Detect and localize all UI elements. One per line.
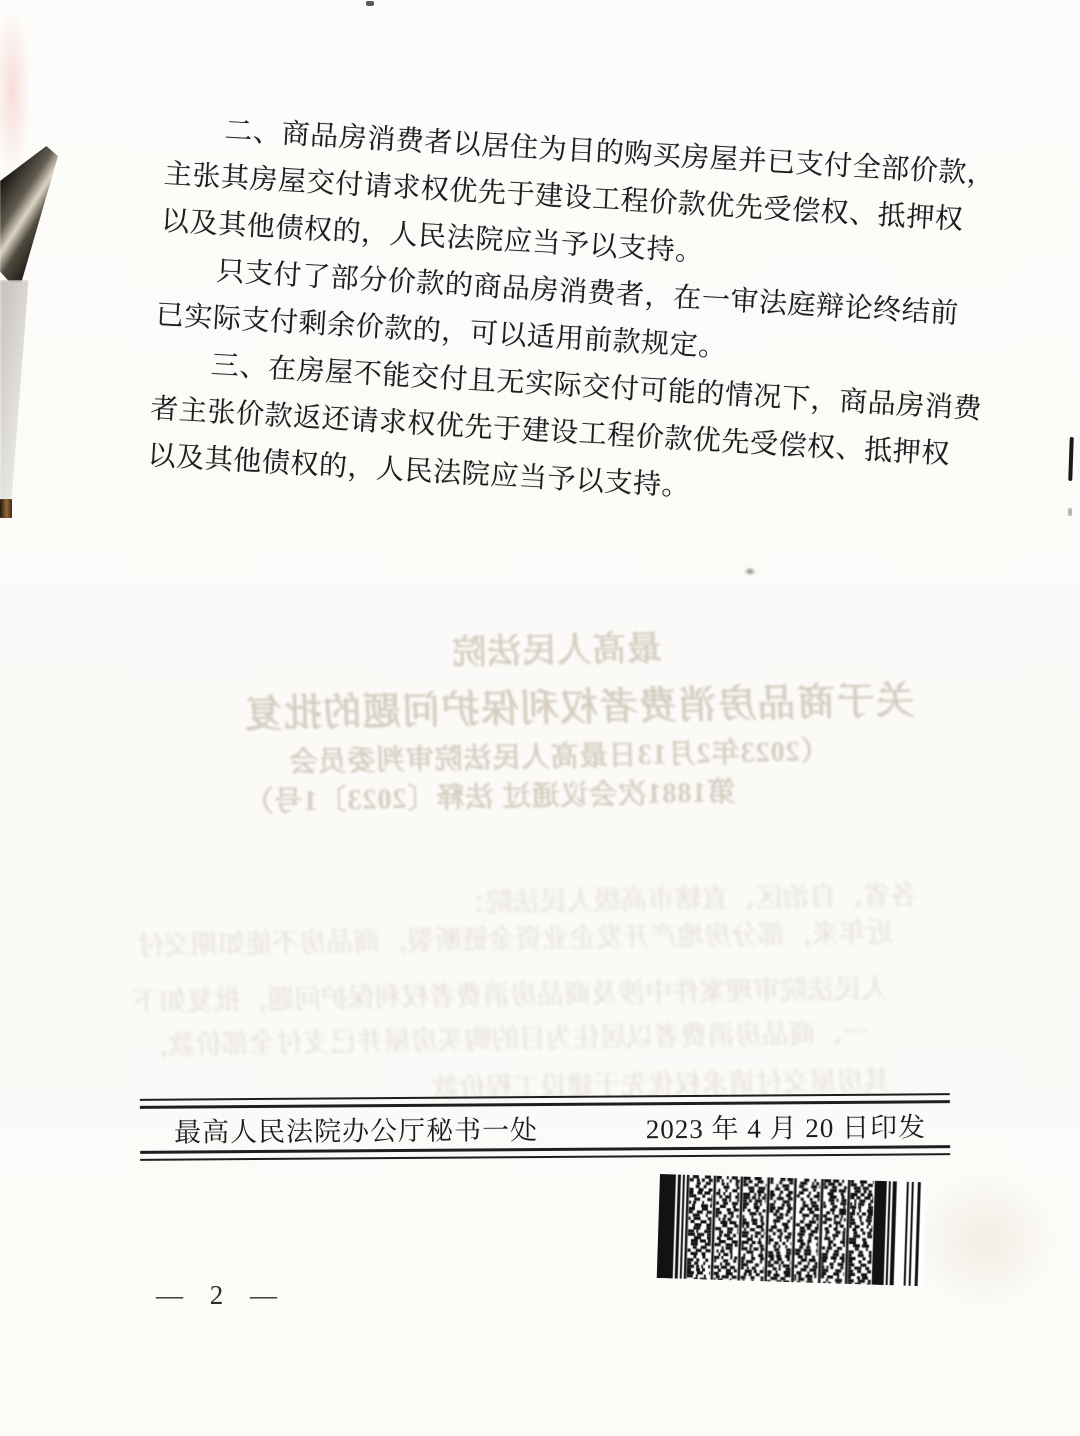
bleed-through-title: 最高人民法院 关于商品房消费者权利保护问题的批复 （2023年2月13日最高人民… xyxy=(238,611,942,846)
ghost-title-line: 最高人民法院 xyxy=(451,620,662,673)
bleed-through-body: 各省、自治区、直辖市高级人民法院： 近年来，部分房地产开发企业资金链断裂，商品房… xyxy=(128,868,932,1112)
ghost-title-line: （2023年2月13日最高人民法院审判委员会 xyxy=(288,729,829,780)
footer-record-box: 最高人民法院办公厅秘书一处 2023 年 4 月 20 日印发 xyxy=(140,1093,950,1161)
ghost-title-line: 关于商品房消费者权利保护问题的批复 xyxy=(242,669,915,738)
page-number: — 2 — xyxy=(156,1280,287,1311)
ghost-body-line: 近年来，部分房地产开发企业资金链断裂，商品房不能如期交付 xyxy=(137,911,894,963)
top-speck-artifact xyxy=(366,1,374,6)
right-edge-dash-artifact xyxy=(1068,437,1074,481)
mid-speck-artifact xyxy=(744,567,756,576)
barcode-image xyxy=(657,1174,926,1286)
footer-bottom-rule-outer xyxy=(140,1153,950,1161)
footer-issuer-label: 最高人民法院办公厅秘书一处 xyxy=(174,1108,538,1150)
edge-chip-artifact xyxy=(0,499,12,518)
barcode-container xyxy=(657,1174,926,1286)
footer-print-date: 2023 年 4 月 20 日印发 xyxy=(646,1105,927,1146)
right-edge-tick-artifact xyxy=(1068,508,1072,516)
scanned-document-page: 二、商品房消费者以居住为目的购买房屋并已支付全部价款， 主张其房屋交付请求权优先… xyxy=(0,0,1080,1436)
ghost-body-line: 人民法院审理案件中涉及商品房消费者权利保护问题，批复如下 xyxy=(132,967,889,1019)
document-body: 二、商品房消费者以居住为目的购买房屋并已支付全部价款， 主张其房屋交付请求权优先… xyxy=(146,104,986,527)
ghost-body-line: 一、商品房消费者以居住为目的购买房屋并已支付全部价款， xyxy=(141,1011,871,1063)
scan-strip-artifact xyxy=(0,280,30,502)
